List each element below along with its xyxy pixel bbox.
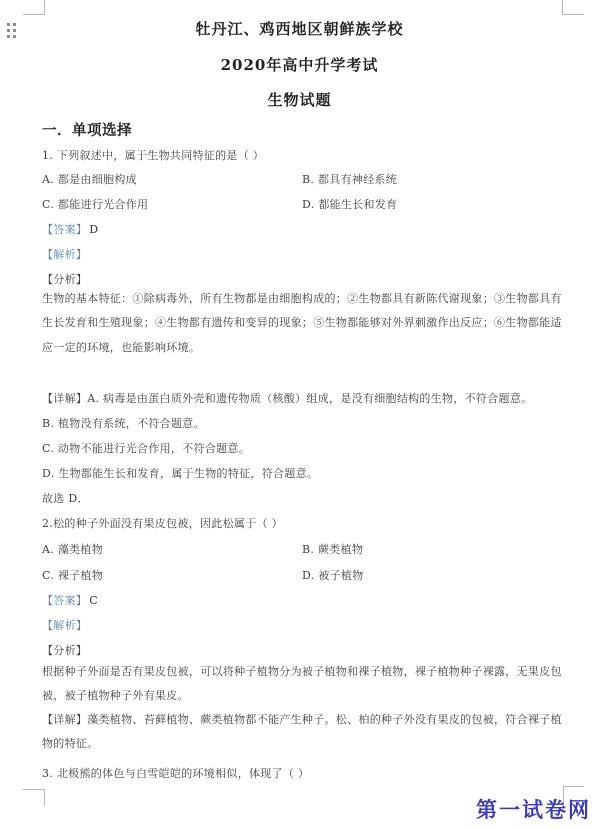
q1-answer-line: 【答案】D bbox=[42, 221, 98, 237]
q1-detail-d: D. 生物都能生长和发育，属于生物的特征，符合题意。 bbox=[42, 465, 318, 481]
crop-mark-top-right bbox=[562, 0, 563, 14]
crop-mark-top-right bbox=[562, 14, 584, 15]
section-heading: 一．单项选择 bbox=[42, 119, 132, 140]
q1-options-row-1: A. 都是由细胞构成 B. 都具有神经系统 bbox=[42, 171, 563, 187]
q2-fenxi-label: 【分析】 bbox=[42, 642, 87, 658]
q1-answer-label: 【答案】 bbox=[42, 223, 87, 236]
q1-option-d: D. 都能生长和发育 bbox=[302, 196, 397, 212]
doc-title-exam: 2020年高中升学考试 bbox=[0, 54, 599, 75]
q2-answer-value: C bbox=[87, 594, 98, 607]
q3-stem: 3. 北极熊的体色与白雪皑皑的环境相似，体现了（ ） bbox=[42, 765, 309, 781]
q1-analysis-paragraph: 生物的基本特征：①除病毒外，所有生物都是由细胞构成的；②生物都具有新陈代谢现象；… bbox=[42, 287, 563, 360]
crop-mark-top-left bbox=[44, 0, 45, 14]
q2-option-b: B. 蕨类植物 bbox=[302, 541, 363, 557]
q1-conclusion: 故选 D． bbox=[42, 490, 89, 506]
q1-fenxi-label: 【分析】 bbox=[42, 271, 87, 287]
q2-stem: 2.松的种子外面没有果皮包被，因此松属于（ ） bbox=[42, 515, 283, 531]
q1-option-c: C. 都能进行光合作用 bbox=[42, 196, 148, 212]
crop-mark-bottom-left bbox=[44, 789, 45, 806]
doc-title-subject: 生物试题 bbox=[0, 89, 599, 110]
q1-detail-c: C. 动物不能进行光合作用，不符合题意。 bbox=[42, 440, 250, 456]
q2-option-a: A. 藻类植物 bbox=[42, 541, 103, 557]
q1-option-b: B. 都具有神经系统 bbox=[302, 171, 397, 187]
q2-options-row-1: A. 藻类植物 B. 蕨类植物 bbox=[42, 541, 563, 557]
watermark-site-name: 第一试卷网 bbox=[476, 794, 591, 824]
q2-option-d: D. 被子植物 bbox=[302, 567, 364, 583]
q1-option-a: A. 都是由细胞构成 bbox=[42, 171, 137, 187]
doc-title-school: 牡丹江、鸡西地区朝鲜族学校 bbox=[0, 18, 599, 39]
q1-options-row-2: C. 都能进行光合作用 D. 都能生长和发育 bbox=[42, 196, 563, 212]
q1-detail-b: B. 植物没有系统，不符合题意。 bbox=[42, 415, 205, 431]
q2-answer-line: 【答案】C bbox=[42, 592, 98, 608]
q2-options-row-2: C. 裸子植物 D. 被子植物 bbox=[42, 567, 563, 583]
q1-detail-a: 【详解】A. 病毒是由蛋白质外壳和遗传物质（核酸）组成，是没有细胞结构的生物，不… bbox=[42, 390, 532, 406]
q1-answer-value: D bbox=[87, 223, 98, 236]
q1-stem: 1. 下列叙述中，属于生物共同特征的是（ ） bbox=[42, 147, 264, 163]
q2-analysis-paragraph: 根据种子外面是否有果皮包被，可以将种子植物分为被子植物和裸子植物，裸子植物种子裸… bbox=[42, 660, 563, 709]
document-page: 牡丹江、鸡西地区朝鲜族学校 2020年高中升学考试 生物试题 一．单项选择 1.… bbox=[0, 0, 599, 829]
q2-detail-paragraph: 【详解】藻类植物、苔藓植物、蕨类植物都不能产生种子。松、柏的种子外没有果皮的包被… bbox=[42, 708, 563, 757]
q1-jiexi-label: 【解析】 bbox=[42, 246, 87, 262]
crop-mark-bottom-right bbox=[563, 786, 584, 787]
q2-answer-label: 【答案】 bbox=[42, 594, 87, 607]
q2-jiexi-label: 【解析】 bbox=[42, 617, 87, 633]
crop-mark-top-left bbox=[23, 14, 45, 15]
crop-mark-bottom-left bbox=[23, 789, 45, 790]
q2-option-c: C. 裸子植物 bbox=[42, 567, 103, 583]
